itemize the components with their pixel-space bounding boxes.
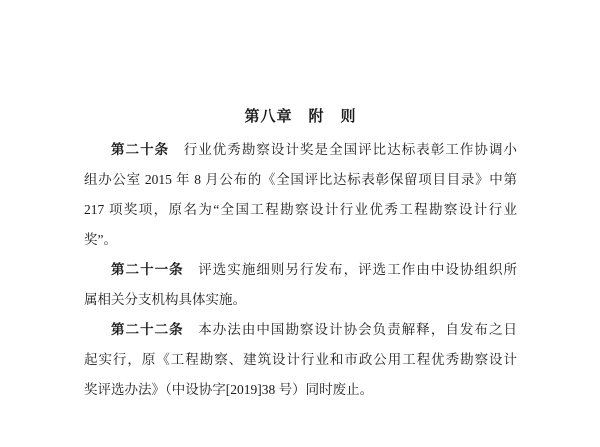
line-text: 奖评选办法》（中设协字[2019]38 号）同时废止。 xyxy=(84,382,373,397)
article-22-line-3: 奖评选办法》（中设协字[2019]38 号）同时废止。 xyxy=(84,375,517,405)
line-text: 行业优秀勘察设计奖是全国评比达标表彰工作协调小 xyxy=(169,142,517,157)
article-20-line-3: 217 项奖项，原名为“全国工程勘察设计行业优秀工程勘察设计行业 xyxy=(84,195,517,225)
article-20-line-1: 第二十条 行业优秀勘察设计奖是全国评比达标表彰工作协调小 xyxy=(84,135,517,165)
article-20-line-2: 组办公室 2015 年 8 月公布的《全国评比达标表彰保留项目目录》中第 xyxy=(84,165,517,195)
line-text: 评选实施细则另行发布，评选工作由中设协组织所 xyxy=(184,262,517,277)
line-text: 起实行，原《工程勘察、建筑设计行业和市政公用工程优秀勘察设计 xyxy=(84,352,517,367)
line-text: 奖”。 xyxy=(84,232,117,247)
article-22-line-1: 第二十二条 本办法由中国勘察设计协会负责解释，自发布之日 xyxy=(84,315,517,345)
article-21-line-1: 第二十一条 评选实施细则另行发布，评选工作由中设协组织所 xyxy=(84,255,517,285)
line-text: 组办公室 2015 年 8 月公布的《全国评比达标表彰保留项目目录》中第 xyxy=(84,172,517,187)
article-22-line-2: 起实行，原《工程勘察、建筑设计行业和市政公用工程优秀勘察设计 xyxy=(84,345,517,375)
article-22-number: 第二十二条 xyxy=(111,322,184,337)
line-text: 本办法由中国勘察设计协会负责解释，自发布之日 xyxy=(184,322,517,337)
document-content: 第八章 附 则 第二十条 行业优秀勘察设计奖是全国评比达标表彰工作协调小 组办公… xyxy=(84,102,517,405)
line-text: 属相关分支机构具体实施。 xyxy=(84,292,246,307)
document-page: 第八章 附 则 第二十条 行业优秀勘察设计奖是全国评比达标表彰工作协调小 组办公… xyxy=(0,0,600,447)
line-text: 217 项奖项，原名为“全国工程勘察设计行业优秀工程勘察设计行业 xyxy=(84,202,517,217)
article-21-number: 第二十一条 xyxy=(111,262,184,277)
article-20-number: 第二十条 xyxy=(111,142,169,157)
article-21-line-2: 属相关分支机构具体实施。 xyxy=(84,285,517,315)
chapter-heading: 第八章 附 则 xyxy=(84,102,517,132)
article-20-line-4: 奖”。 xyxy=(84,225,517,255)
